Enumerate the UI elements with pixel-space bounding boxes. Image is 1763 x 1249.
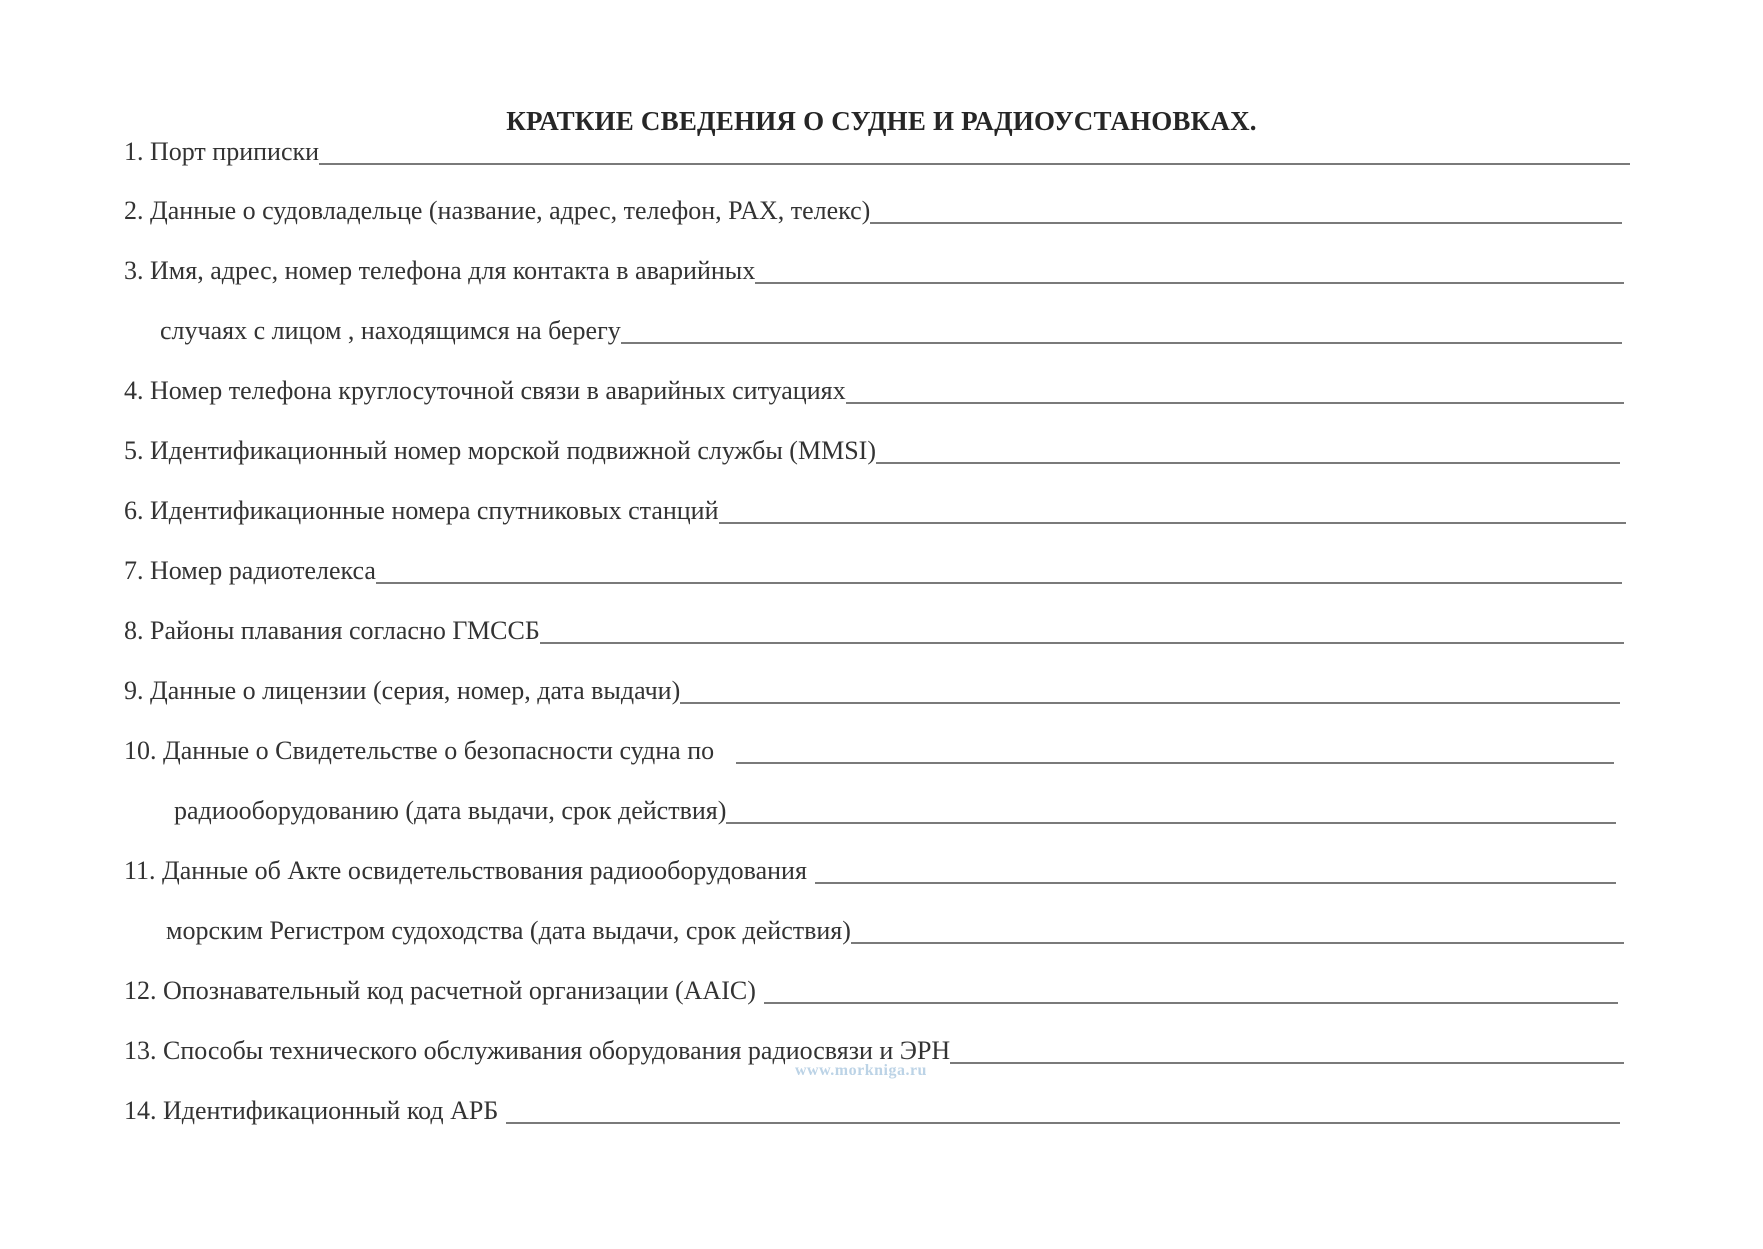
- blank-line-7[interactable]: [376, 582, 1622, 584]
- blank-line-11b[interactable]: [851, 942, 1624, 944]
- form-row-11b: морским Регистром судоходства (дата выда…: [0, 914, 1763, 954]
- form-row-6: 6. Идентификационные номера спутниковых …: [0, 494, 1763, 534]
- blank-line-3b[interactable]: [621, 342, 1622, 344]
- form-row-14: 14. Идентификационный код АРБ: [0, 1094, 1763, 1134]
- blank-line-5[interactable]: [876, 462, 1620, 464]
- form-row-10b: радиооборудованию (дата выдачи, срок дей…: [0, 794, 1763, 834]
- watermark: www.morkniga.ru: [795, 1062, 927, 1080]
- field-label-12: 12. Опознавательный код расчетной органи…: [124, 976, 756, 1006]
- blank-line-10a[interactable]: [736, 762, 1614, 764]
- field-label-8: 8. Районы плавания согласно ГМССБ: [124, 616, 540, 646]
- form-row-11a: 11. Данные об Акте освидетельствования р…: [0, 854, 1763, 894]
- field-label-11a: 11. Данные об Акте освидетельствования р…: [124, 856, 807, 886]
- blank-line-4[interactable]: [846, 402, 1624, 404]
- form-row-3b: случаях с лицом , находящимся на берегу: [0, 314, 1763, 354]
- document-title: КРАТКИЕ СВЕДЕНИЯ О СУДНЕ И РАДИОУСТАНОВК…: [0, 106, 1763, 137]
- form-row-10a: 10. Данные о Свидетельстве о безопасност…: [0, 734, 1763, 774]
- field-label-5: 5. Идентификационный номер морской подви…: [124, 436, 876, 466]
- form-row-4: 4. Номер телефона круглосуточной связи в…: [0, 374, 1763, 414]
- blank-line-2[interactable]: [870, 222, 1622, 224]
- blank-line-3a[interactable]: [755, 282, 1624, 284]
- blank-line-6[interactable]: [719, 522, 1626, 524]
- form-row-8: 8. Районы плавания согласно ГМССБ: [0, 614, 1763, 654]
- blank-line-11a[interactable]: [815, 882, 1616, 884]
- blank-line-13[interactable]: [950, 1062, 1624, 1064]
- form-row-9: 9. Данные о лицензии (серия, номер, дата…: [0, 674, 1763, 714]
- blank-line-12[interactable]: [764, 1002, 1618, 1004]
- form-row-3a: 3. Имя, адрес, номер телефона для контак…: [0, 254, 1763, 294]
- field-label-10b: радиооборудованию (дата выдачи, срок дей…: [174, 796, 726, 826]
- blank-line-14[interactable]: [506, 1122, 1620, 1124]
- form-row-12: 12. Опознавательный код расчетной органи…: [0, 974, 1763, 1014]
- form-row-1: 1. Порт приписки: [0, 135, 1763, 175]
- field-label-10a: 10. Данные о Свидетельстве о безопасност…: [124, 736, 714, 766]
- field-label-6: 6. Идентификационные номера спутниковых …: [124, 496, 719, 526]
- field-label-11b: морским Регистром судоходства (дата выда…: [166, 916, 851, 946]
- field-label-9: 9. Данные о лицензии (серия, номер, дата…: [124, 676, 680, 706]
- field-label-4: 4. Номер телефона круглосуточной связи в…: [124, 376, 846, 406]
- field-label-1: 1. Порт приписки: [124, 137, 319, 167]
- field-label-7: 7. Номер радиотелекса: [124, 556, 376, 586]
- field-label-3b: случаях с лицом , находящимся на берегу: [160, 316, 621, 346]
- field-label-2: 2. Данные о судовладельце (название, адр…: [124, 196, 870, 226]
- form-row-7: 7. Номер радиотелекса: [0, 554, 1763, 594]
- blank-line-10b[interactable]: [726, 822, 1616, 824]
- blank-line-8[interactable]: [540, 642, 1624, 644]
- field-label-3a: 3. Имя, адрес, номер телефона для контак…: [124, 256, 755, 286]
- blank-line-1[interactable]: [319, 163, 1630, 165]
- form-row-2: 2. Данные о судовладельце (название, адр…: [0, 194, 1763, 234]
- form-row-5: 5. Идентификационный номер морской подви…: [0, 434, 1763, 474]
- blank-line-9[interactable]: [680, 702, 1620, 704]
- field-label-14: 14. Идентификационный код АРБ: [124, 1096, 498, 1126]
